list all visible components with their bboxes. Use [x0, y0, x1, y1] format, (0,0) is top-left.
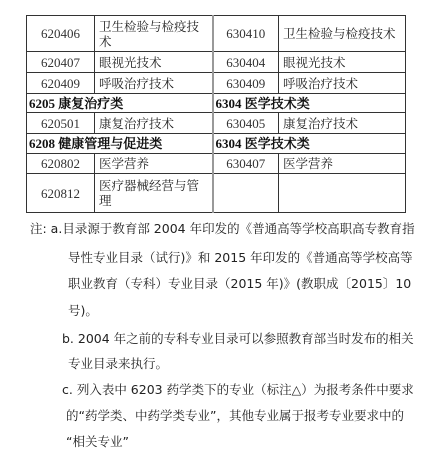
left-name: 呼吸治疗技术 [95, 73, 213, 94]
left-code: 620407 [27, 52, 95, 73]
left-code: 620802 [27, 154, 95, 174]
left-code: 620406 [27, 16, 95, 52]
note-a-line3: 职业教育（专科）专业目录（2015 年)》(教职成〔2015〕10 [68, 276, 411, 291]
note-a-line1: 注: a.目录源于教育部 2004 年印发的《普通高等学校高职高专教育指 [30, 221, 415, 236]
note-c-line1: c. 列入表中 6203 药学类下的专业（标注△）为报考条件中要求 [62, 382, 414, 397]
right-name: 眼视光技术 [279, 52, 406, 73]
right-code: 630405 [213, 113, 279, 134]
right-code: 630410 [213, 16, 279, 52]
right-name: 卫生检验与检疫技术 [279, 16, 406, 52]
table-row: 620407 眼视光技术 630404 眼视光技术 [27, 52, 406, 73]
category-row: 6208 健康管理与促进类 6304 医学技术类 [27, 134, 406, 154]
left-name: 医学营养 [95, 154, 213, 174]
left-name: 康复治疗技术 [95, 113, 213, 134]
left-name: 医疗器械经营与管理 [95, 174, 213, 213]
left-name: 卫生检验与检疫技术 [95, 16, 213, 52]
right-category: 6304 医学技术类 [213, 94, 406, 113]
left-code: 620501 [27, 113, 95, 134]
left-category: 6208 健康管理与促进类 [27, 134, 213, 154]
note-a-line4: 号)。 [68, 303, 98, 318]
right-name: 呼吸治疗技术 [279, 73, 406, 94]
table-row: 620501 康复治疗技术 630405 康复治疗技术 [27, 113, 406, 134]
right-name: 康复治疗技术 [279, 113, 406, 134]
note-b-line1: b. 2004 年之前的专科专业目录可以参照教育部当时发布的相关 [62, 331, 414, 346]
note-c-line3: “相关专业” [66, 434, 129, 449]
table-row: 620802 医学营养 630407 医学营养 [27, 154, 406, 174]
left-category: 6205 康复治疗类 [27, 94, 213, 113]
note-c-line2: 的“药学类、中药学类专业”，其他专业属于报考专业要求中的 [66, 408, 404, 423]
category-row: 6205 康复治疗类 6304 医学技术类 [27, 94, 406, 113]
left-name: 眼视光技术 [95, 52, 213, 73]
table-row: 620812 医疗器械经营与管理 [27, 174, 406, 213]
table-row: 620406 卫生检验与检疫技术 630410 卫生检验与检疫技术 [27, 16, 406, 52]
right-name [279, 174, 406, 213]
note-b-line2: 专业目录来执行。 [68, 356, 168, 371]
right-code: 630409 [213, 73, 279, 94]
left-code: 620812 [27, 174, 95, 213]
major-mapping-table: 620406 卫生检验与检疫技术 630410 卫生检验与检疫技术 620407… [26, 15, 406, 213]
left-code: 620409 [27, 73, 95, 94]
note-a-line2: 导性专业目录（试行)》和 2015 年印发的《普通高等学校高等 [68, 250, 413, 265]
right-name: 医学营养 [279, 154, 406, 174]
right-code: 630404 [213, 52, 279, 73]
table-row: 620409 呼吸治疗技术 630409 呼吸治疗技术 [27, 73, 406, 94]
right-code [213, 174, 279, 213]
right-code: 630407 [213, 154, 279, 174]
right-category: 6304 医学技术类 [213, 134, 406, 154]
